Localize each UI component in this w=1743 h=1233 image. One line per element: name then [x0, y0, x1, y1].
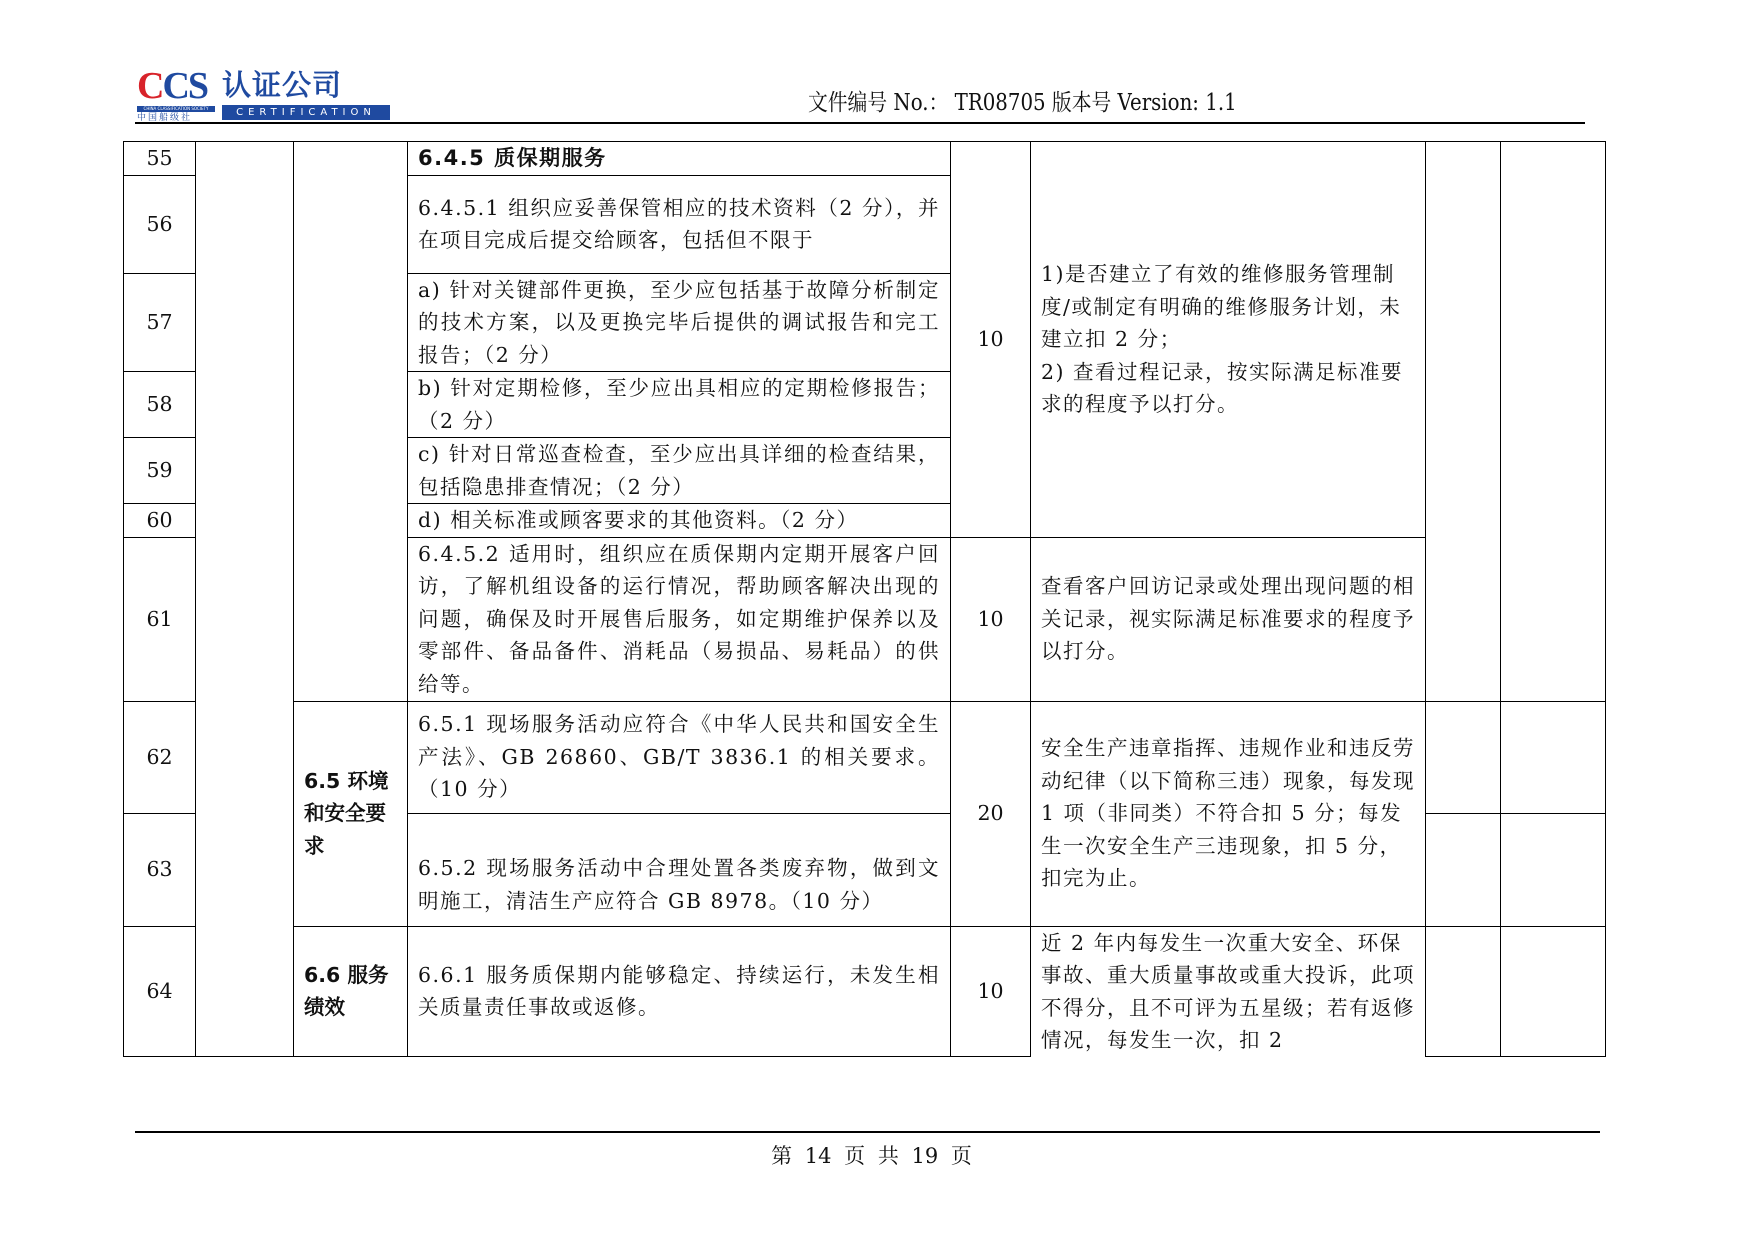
category-cell — [196, 142, 294, 1057]
row-number: 63 — [124, 813, 196, 926]
footer-divider — [135, 1131, 1600, 1133]
score-cell: 10 — [951, 142, 1031, 538]
row-number: 62 — [124, 701, 196, 813]
ccs-certification-logo: CCS 认证公司 CHINA CLASSIFICATION SOCIETY 中国… — [137, 66, 392, 118]
remark-cell — [1501, 926, 1606, 1057]
row-number: 64 — [124, 926, 196, 1057]
clause-text: 6.6.1 服务质保期内能够稳定、持续运行，未发生相关质量责任事故或返修。 — [408, 926, 951, 1057]
score-cell: 10 — [951, 537, 1031, 701]
method-cell: 1)是否建立了有效的维修服务管理制度/或制定有明确的维修服务计划，未建立扣 2 … — [1031, 142, 1426, 538]
row-number: 60 — [124, 504, 196, 538]
result-cell — [1426, 701, 1501, 813]
logo-society-en: CHINA CLASSIFICATION SOCIETY — [137, 106, 215, 112]
header-divider — [135, 122, 1585, 124]
method-line: 2) 查看过程记录，按实际满足标准要求的程度予以打分。 — [1041, 356, 1415, 421]
clause-text: a) 针对关键部件更换，至少应包括基于故障分析制定的技术方案，以及更换完毕后提供… — [408, 273, 951, 372]
remark-cell — [1501, 813, 1606, 926]
row-number: 58 — [124, 372, 196, 438]
logo-certification-bar: CERTIFICATION — [222, 105, 390, 120]
clause-text: 6.5.1 现场服务活动应符合《中华人民共和国安全生产法》、GB 26860、G… — [408, 701, 951, 813]
logo-company-name: 认证公司 — [222, 68, 342, 102]
score-cell: 20 — [951, 701, 1031, 926]
score-cell: 10 — [951, 926, 1031, 1057]
method-cell: 安全生产违章指挥、违规作业和违反劳动纪律（以下简称三违）现象，每发现 1 项（非… — [1031, 701, 1426, 926]
method-cell: 近 2 年内每发生一次重大安全、环保事故、重大质量事故或重大投诉，此项不得分，且… — [1031, 926, 1426, 1057]
section-label: 6.5 环境和安全要求 — [294, 701, 408, 926]
clause-text: b) 针对定期检修，至少应出具相应的定期检修报告；（2 分） — [408, 372, 951, 438]
clause-heading: 6.4.5 质保期服务 — [418, 146, 607, 170]
row-number: 57 — [124, 273, 196, 372]
page-indicator: 第 14 页 共 19 页 — [0, 1143, 1743, 1169]
result-cell — [1426, 813, 1501, 926]
method-cell: 查看客户回访记录或处理出现问题的相关记录，视实际满足标准要求的程度予以打分。 — [1031, 537, 1426, 701]
row-number: 55 — [124, 142, 196, 176]
result-cell — [1426, 926, 1501, 1057]
clause-text: d) 相关标准或顾客要求的其他资料。（2 分） — [408, 504, 951, 538]
clause-text: 6.4.5.1 组织应妥善保管相应的技术资料（2 分），并在项目完成后提交给顾客… — [408, 175, 951, 273]
row-number: 59 — [124, 438, 196, 504]
remark-cell — [1501, 701, 1606, 813]
table-row: 55 6.4.5 质保期服务 10 1)是否建立了有效的维修服务管理制度/或制定… — [124, 142, 1606, 176]
clause-title: 6.4.5 质保期服务 — [408, 142, 951, 176]
clause-text: c) 针对日常巡查检查，至少应出具详细的检查结果，包括隐患排查情况；（2 分） — [408, 438, 951, 504]
clause-text: 6.5.2 现场服务活动中合理处置各类废弃物，做到文明施工，清洁生产应符合 GB… — [408, 813, 951, 926]
table-row: 62 6.5 环境和安全要求 6.5.1 现场服务活动应符合《中华人民共和国安全… — [124, 701, 1606, 813]
clause-text: 6.4.5.2 适用时，组织应在质保期内定期开展客户回访，了解机组设备的运行情况… — [408, 537, 951, 701]
document-id: 文件编号 No.： TR08705 版本号 Version: 1.1 — [808, 88, 1237, 118]
logo-ccs-text: CCS — [137, 66, 207, 106]
subcategory-cell — [294, 142, 408, 702]
section-label: 6.6 服务绩效 — [294, 926, 408, 1057]
table-row: 64 6.6 服务绩效 6.6.1 服务质保期内能够稳定、持续运行，未发生相关质… — [124, 926, 1606, 1057]
result-cell — [1426, 142, 1501, 702]
method-line: 1)是否建立了有效的维修服务管理制度/或制定有明确的维修服务计划，未建立扣 2 … — [1041, 258, 1415, 356]
row-number: 56 — [124, 175, 196, 273]
row-number: 61 — [124, 537, 196, 701]
evaluation-table: 55 6.4.5 质保期服务 10 1)是否建立了有效的维修服务管理制度/或制定… — [123, 141, 1606, 1057]
remark-cell — [1501, 142, 1606, 702]
